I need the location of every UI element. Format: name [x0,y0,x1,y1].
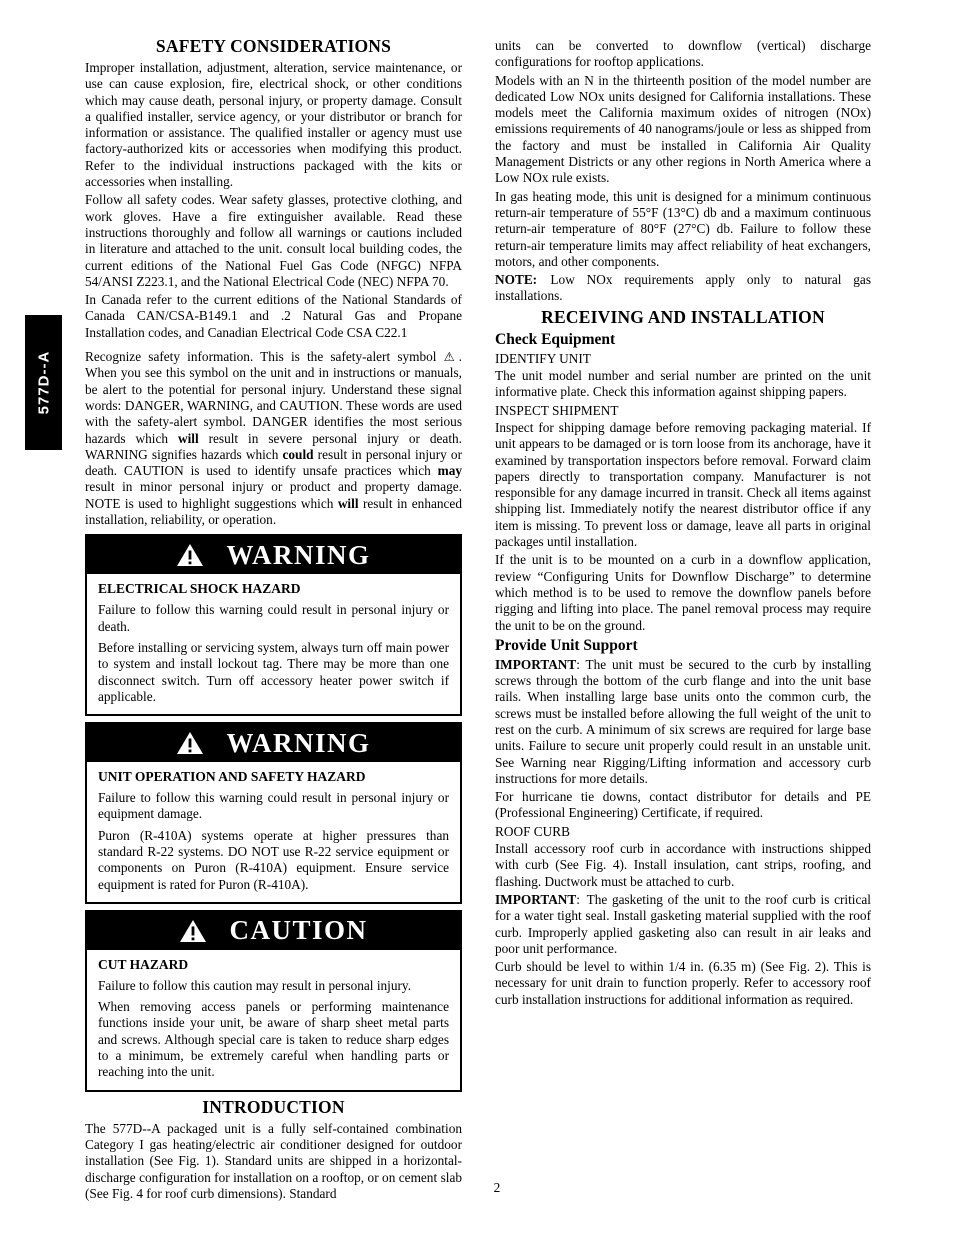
gas-heating-mode-paragraph: In gas heating mode, this unit is design… [495,189,871,270]
warning-box-unit-operation: WARNING UNIT OPERATION AND SAFETY HAZARD… [85,722,462,904]
warning-body: ELECTRICAL SHOCK HAZARD Failure to follo… [87,574,460,714]
safety-paragraph-2: Follow all safety codes. Wear safety gla… [85,192,462,290]
roof-curb-paragraph: Install accessory roof curb in accordanc… [495,841,871,890]
warning-paragraph: Failure to follow this warning could res… [98,790,449,823]
safety-considerations-title: SAFETY CONSIDERATIONS [85,36,462,57]
provide-unit-support-heading: Provide Unit Support [495,637,871,655]
caution-title: CAUTION [229,915,367,946]
important-curb-paragraph: IMPORTANT: The unit must be secured to t… [495,657,871,787]
identify-unit-label: IDENTIFY UNIT [495,351,871,367]
safety-paragraph-1: Improper installation, adjustment, alter… [85,60,462,190]
introduction-title: INTRODUCTION [85,1097,462,1118]
hurricane-tie-downs-paragraph: For hurricane tie downs, contact distrib… [495,789,871,822]
manual-page: 577D--A SAFETY CONSIDERATIONS Improper i… [0,0,954,1235]
warning-box-electrical-shock: WARNING ELECTRICAL SHOCK HAZARD Failure … [85,534,462,716]
safety-paragraph-3: In Canada refer to the current editions … [85,292,462,341]
curb-level-paragraph: Curb should be level to within 1/4 in. (… [495,959,871,1008]
model-series-label: 577D--A [35,351,52,415]
warning-paragraph: Puron (R-410A) systems operate at higher… [98,828,449,893]
warning-body: UNIT OPERATION AND SAFETY HAZARD Failure… [87,762,460,902]
caution-body: CUT HAZARD Failure to follow this cautio… [87,950,460,1090]
safety-paragraph-4: Recognize safety information. This is th… [85,349,462,528]
warning-paragraph: Before installing or servicing system, a… [98,640,449,705]
caution-paragraph: When removing access panels or performin… [98,999,449,1080]
warning-paragraph: Failure to follow this warning could res… [98,602,449,635]
hazard-heading: CUT HAZARD [98,957,449,973]
inspect-shipment-label: INSPECT SHIPMENT [495,403,871,419]
warning-title: WARNING [226,728,370,759]
receiving-installation-title: RECEIVING AND INSTALLATION [495,307,871,328]
left-column: SAFETY CONSIDERATIONS Improper installat… [85,36,462,1204]
warning-header: WARNING [87,724,460,762]
inspect-shipment-paragraph: Inspect for shipping damage before remov… [495,420,871,550]
page-number: 2 [40,1180,954,1196]
safety-alert-icon: ⚠ [444,349,459,364]
caution-paragraph: Failure to follow this caution may resul… [98,978,449,994]
roof-curb-label: ROOF CURB [495,824,871,840]
check-equipment-heading: Check Equipment [495,331,871,349]
warning-triangle-icon [176,731,204,755]
note-paragraph: NOTE: Low NOx requirements apply only to… [495,272,871,305]
hazard-heading: UNIT OPERATION AND SAFETY HAZARD [98,769,449,785]
identify-unit-paragraph: The unit model number and serial number … [495,368,871,401]
warning-title: WARNING [226,540,370,571]
warning-triangle-icon [176,543,204,567]
model-series-tab: 577D--A [25,315,62,450]
units-converted-paragraph: units can be converted to downflow (vert… [495,38,871,71]
caution-box-cut-hazard: CAUTION CUT HAZARD Failure to follow thi… [85,910,462,1092]
downflow-curb-paragraph: If the unit is to be mounted on a curb i… [495,552,871,633]
important-gasketing-paragraph: IMPORTANT: The gasketing of the unit to … [495,892,871,957]
warning-triangle-icon [179,919,207,943]
low-nox-models-paragraph: Models with an N in the thirteenth posit… [495,73,871,187]
warning-header: WARNING [87,536,460,574]
hazard-heading: ELECTRICAL SHOCK HAZARD [98,581,449,597]
right-column: units can be converted to downflow (vert… [495,38,871,1010]
caution-header: CAUTION [87,912,460,950]
